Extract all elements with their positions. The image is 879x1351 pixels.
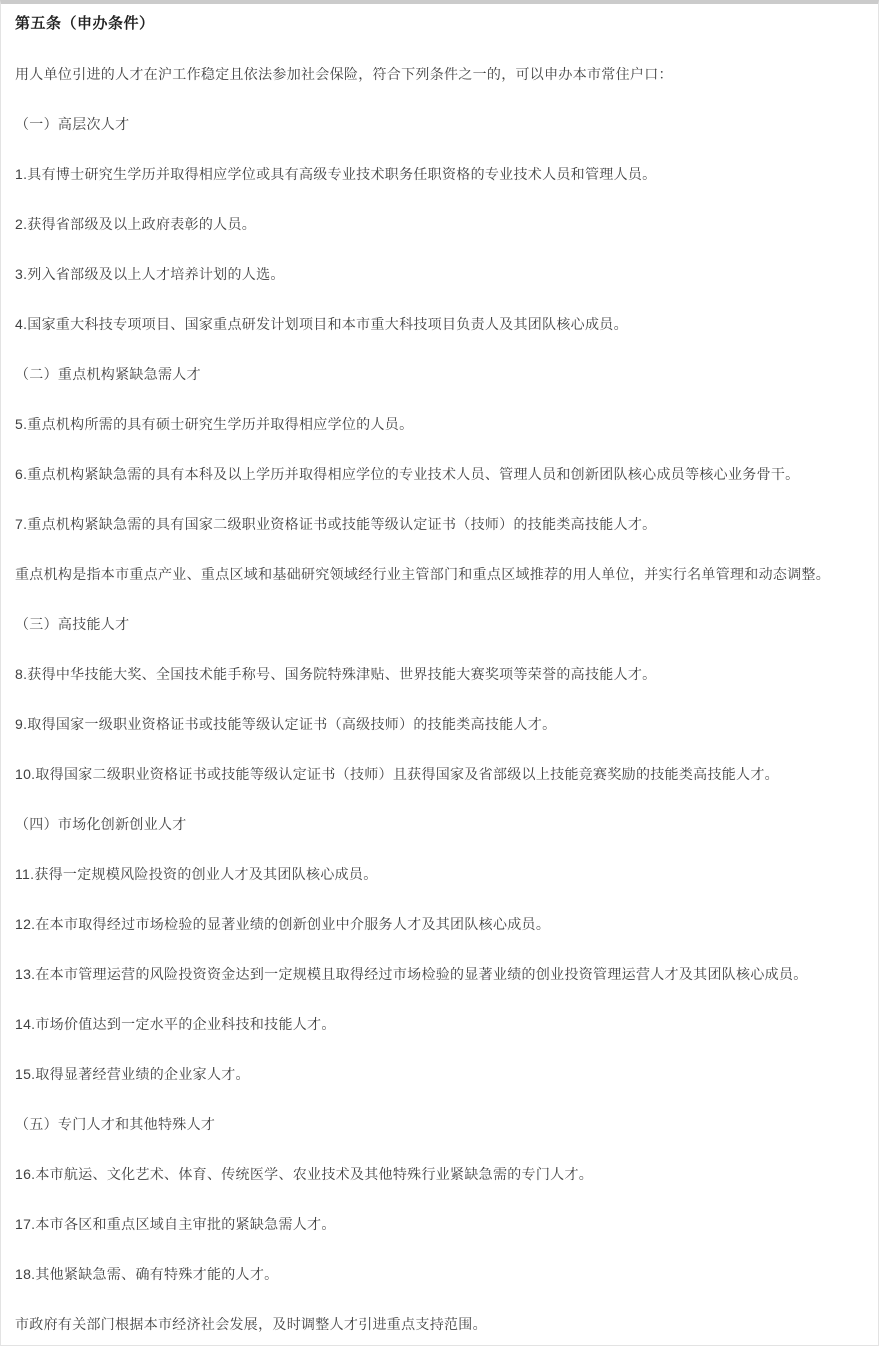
item-18: 18.其他紧缺急需、确有特殊才能的人才。 — [15, 1264, 864, 1284]
document-viewport: 第五条（申办条件） 用人单位引进的人才在沪工作稳定且依法参加社会保险，符合下列条… — [0, 0, 879, 1351]
note-paragraph: 重点机构是指本市重点产业、重点区域和基础研究领域经行业主管部门和重点区域推荐的用… — [15, 564, 864, 584]
item-15: 15.取得显著经营业绩的企业家人才。 — [15, 1064, 864, 1084]
section-heading-2: （二）重点机构紧缺急需人才 — [15, 364, 864, 384]
item-14: 14.市场价值达到一定水平的企业科技和技能人才。 — [15, 1014, 864, 1034]
item-16: 16.本市航运、文化艺术、体育、传统医学、农业技术及其他特殊行业紧缺急需的专门人… — [15, 1164, 864, 1184]
item-2: 2.获得省部级及以上政府表彰的人员。 — [15, 214, 864, 234]
article-content: 第五条（申办条件） 用人单位引进的人才在沪工作稳定且依法参加社会保险，符合下列条… — [1, 4, 878, 1344]
item-8: 8.获得中华技能大奖、全国技术能手称号、国务院特殊津贴、世界技能大赛奖项等荣誉的… — [15, 664, 864, 684]
item-1: 1.具有博士研究生学历并取得相应学位或具有高级专业技术职务任职资格的专业技术人员… — [15, 164, 864, 184]
intro-paragraph: 用人单位引进的人才在沪工作稳定且依法参加社会保险，符合下列条件之一的，可以申办本… — [15, 64, 864, 84]
article-heading: 第五条（申办条件） — [15, 14, 864, 34]
item-12: 12.在本市取得经过市场检验的显著业绩的创新创业中介服务人才及其团队核心成员。 — [15, 914, 864, 934]
item-3: 3.列入省部级及以上人才培养计划的人选。 — [15, 264, 864, 284]
item-9: 9.取得国家一级职业资格证书或技能等级认定证书（高级技师）的技能类高技能人才。 — [15, 714, 864, 734]
section-heading-5: （五）专门人才和其他特殊人才 — [15, 1114, 864, 1134]
item-11: 11.获得一定规模风险投资的创业人才及其团队核心成员。 — [15, 864, 864, 884]
article-panel: 第五条（申办条件） 用人单位引进的人才在沪工作稳定且依法参加社会保险，符合下列条… — [0, 0, 879, 1346]
item-7: 7.重点机构紧缺急需的具有国家二级职业资格证书或技能等级认定证书（技师）的技能类… — [15, 514, 864, 534]
section-heading-4: （四）市场化创新创业人才 — [15, 814, 864, 834]
item-5: 5.重点机构所需的具有硕士研究生学历并取得相应学位的人员。 — [15, 414, 864, 434]
item-6: 6.重点机构紧缺急需的具有本科及以上学历并取得相应学位的专业技术人员、管理人员和… — [15, 464, 864, 484]
item-4: 4.国家重大科技专项项目、国家重点研发计划项目和本市重大科技项目负责人及其团队核… — [15, 314, 864, 334]
item-10: 10.取得国家二级职业资格证书或技能等级认定证书（技师）且获得国家及省部级以上技… — [15, 764, 864, 784]
item-17: 17.本市各区和重点区域自主审批的紧缺急需人才。 — [15, 1214, 864, 1234]
closing-paragraph: 市政府有关部门根据本市经济社会发展，及时调整人才引进重点支持范围。 — [15, 1314, 864, 1334]
item-13: 13.在本市管理运营的风险投资资金达到一定规模且取得经过市场检验的显著业绩的创业… — [15, 964, 864, 984]
section-heading-3: （三）高技能人才 — [15, 614, 864, 634]
section-heading-1: （一）高层次人才 — [15, 114, 864, 134]
